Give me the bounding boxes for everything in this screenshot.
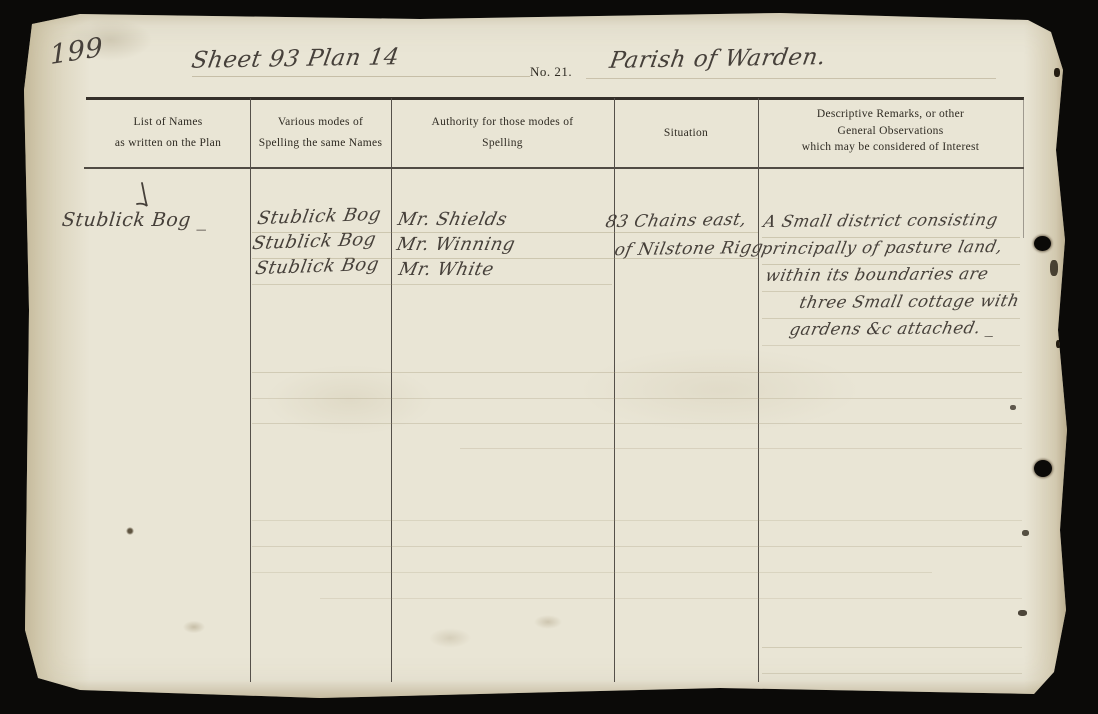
header-line: List of Names [86, 112, 250, 133]
header-line: Spelling the same Names [250, 133, 391, 154]
body-rule [762, 647, 1022, 648]
page-hole [1034, 236, 1051, 251]
header-descriptive-remarks: Descriptive Remarks, or other General Ob… [758, 106, 1023, 156]
edge-speck [1050, 260, 1058, 276]
guide-rule [762, 264, 1020, 265]
edge-speck [1056, 340, 1061, 348]
scan-background: { "meta": { "document_type": "Ordnance S… [0, 0, 1098, 714]
edge-speck [1010, 405, 1016, 410]
guide-rule [252, 284, 612, 285]
table-top-rule [86, 97, 1024, 100]
header-line: Authority for those modes of [391, 112, 614, 133]
parish-label: Parish of Warden. [608, 44, 828, 74]
header-line: which may be considered of Interest [758, 139, 1023, 156]
remarks-line-1: A Small district consisting [762, 210, 1000, 231]
situation-line-2: of Nilstone Rigg [613, 238, 765, 261]
edge-speck [1022, 530, 1029, 536]
header-situation: Situation [614, 123, 758, 144]
body-rule [460, 448, 1022, 449]
guide-rule [762, 237, 1020, 238]
spelling-entry-1: Stublick Bog [256, 204, 383, 229]
body-rule [762, 673, 1022, 674]
authority-entry-1: Mr. Shields [396, 209, 509, 230]
header-various-modes: Various modes of Spelling the same Names [250, 112, 391, 154]
table-header-bottom-rule [84, 167, 1024, 169]
column-divider-1 [250, 98, 251, 682]
authority-entry-2: Mr. Winning [395, 234, 517, 255]
body-rule [252, 398, 1022, 399]
body-rule [252, 372, 1022, 373]
body-rule [252, 546, 1022, 547]
remarks-line-5: gardens &c attached. _ [788, 318, 997, 339]
number-label: No. 21. [530, 64, 572, 80]
situation-line-1: 83 Chains east, [604, 210, 749, 232]
header-line: Spelling [391, 133, 614, 154]
column-divider-4 [758, 98, 759, 682]
column-divider-3 [614, 98, 615, 682]
header-line: as written on the Plan [86, 133, 250, 154]
header-line: Situation [614, 123, 758, 144]
body-rule [252, 572, 932, 573]
guide-rule [252, 232, 758, 233]
page-hole [1034, 460, 1052, 477]
document-page: 199 Sheet 93 Plan 14 No. 21. Parish of W… [20, 10, 1072, 700]
edge-speck [1054, 68, 1060, 77]
folio-number: 199 [49, 32, 104, 71]
body-rule [320, 598, 1022, 599]
authority-entry-3: Mr. White [397, 259, 496, 280]
table-right-edge-rule [1023, 98, 1024, 238]
body-rule [252, 520, 1022, 521]
column-divider-2 [391, 98, 392, 682]
sheet-plan-label: Sheet 93 Plan 14 [190, 44, 402, 74]
header-list-of-names: List of Names as written on the Plan [86, 112, 250, 154]
header-line: Descriptive Remarks, or other [758, 106, 1023, 123]
remarks-line-4: three Small cottage with [798, 291, 1021, 312]
guide-rule [762, 291, 1020, 292]
edge-speck [1018, 610, 1027, 616]
guide-rule [762, 318, 1020, 319]
body-rule [252, 423, 1022, 424]
remarks-line-3: within its boundaries are [764, 264, 990, 285]
tick-mark-icon [132, 182, 158, 212]
guide-rule [762, 345, 1020, 346]
header-line: General Observations [758, 123, 1023, 140]
name-entry: Stublick Bog _ [61, 209, 209, 231]
header-line: Various modes of [250, 112, 391, 133]
remarks-line-2: principally of pasture land, [760, 237, 1005, 258]
parish-underline [586, 78, 996, 79]
sheet-underline [192, 76, 530, 77]
header-authority: Authority for those modes of Spelling [391, 112, 614, 154]
guide-rule [252, 258, 758, 259]
